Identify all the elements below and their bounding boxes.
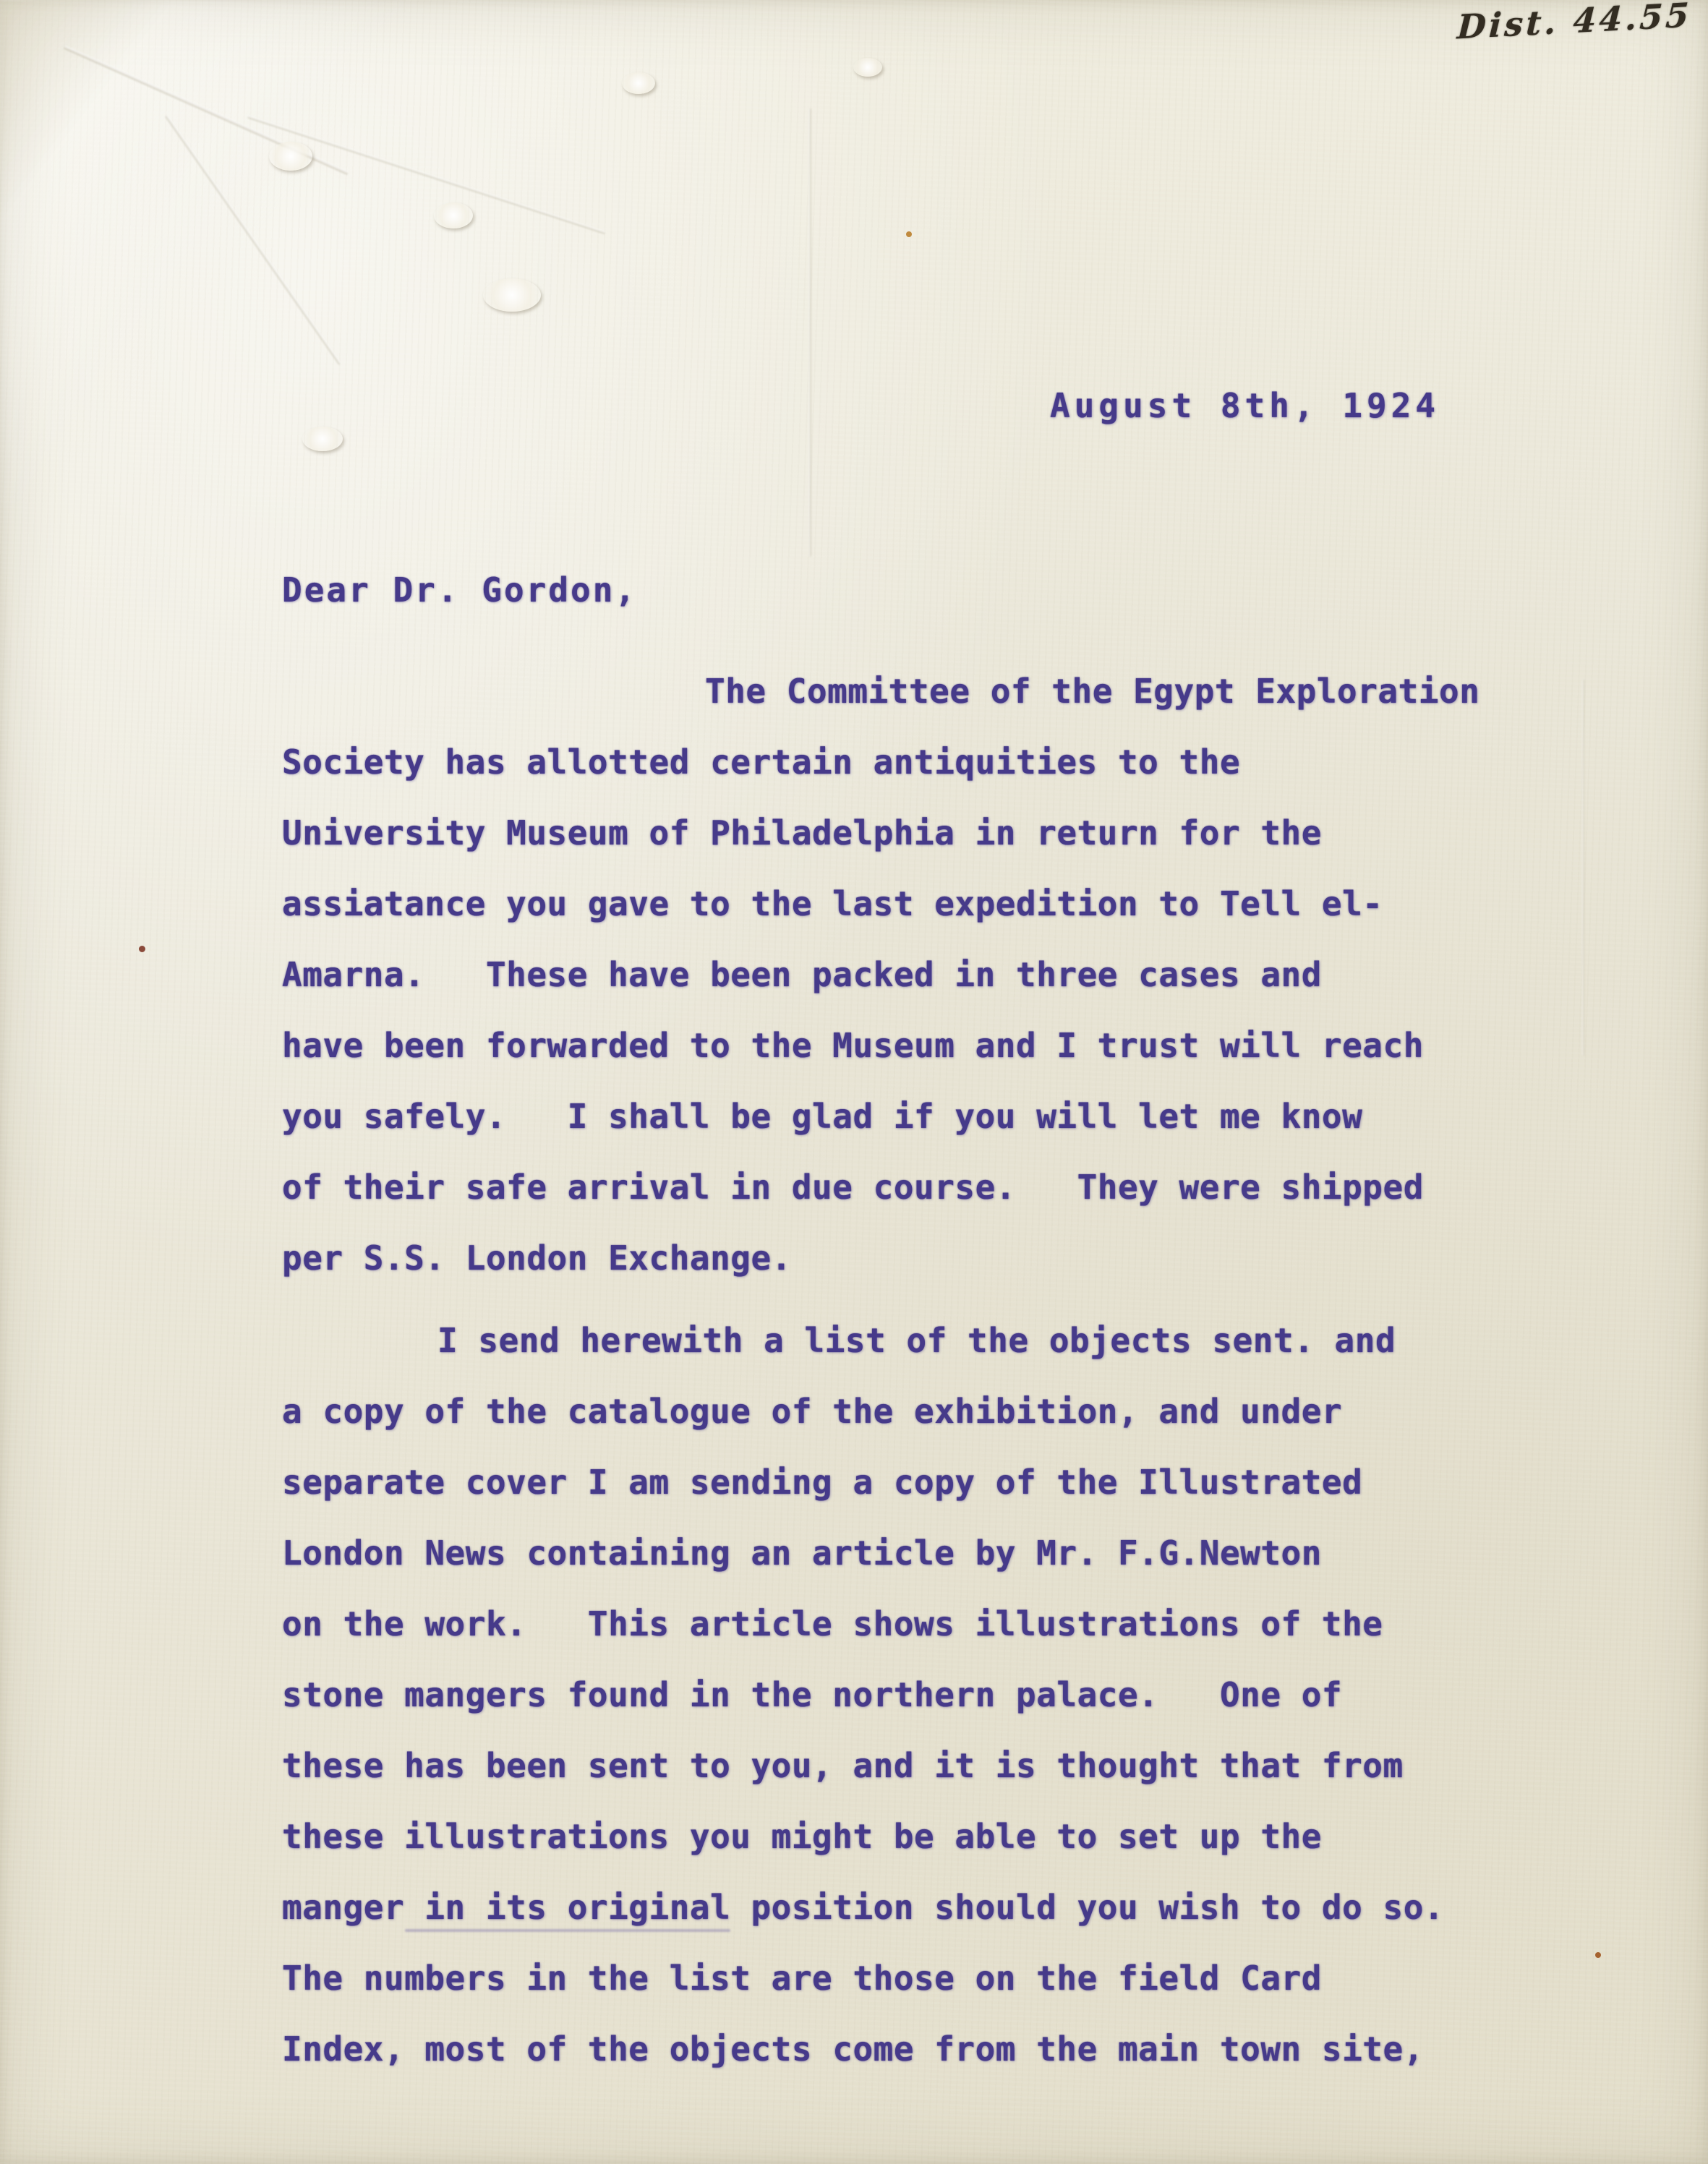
letter-line: per S.S. London Exchange. xyxy=(282,1223,1511,1293)
paper-tear-mark xyxy=(269,142,312,171)
paper-corner-fold xyxy=(0,0,405,506)
letter-line: London News containing an article by Mr.… xyxy=(282,1518,1511,1588)
letter-line: these illustrations you might be able to… xyxy=(282,1801,1511,1872)
letter-line: manger in its original position should y… xyxy=(282,1872,1511,1943)
paper-speck xyxy=(1595,1952,1601,1958)
letter-line: on the work. This article shows illustra… xyxy=(282,1588,1511,1659)
letter-line: The numbers in the list are those on the… xyxy=(282,1943,1511,2014)
paper-crease xyxy=(1582,680,1584,1056)
letter-line: separate cover I am sending a copy of th… xyxy=(282,1447,1511,1518)
letter-salutation: Dear Dr. Gordon, xyxy=(282,570,637,610)
letter-body: The Committee of the Egypt Exploration S… xyxy=(282,656,1511,2084)
letter-date: August 8th, 1924 xyxy=(1050,386,1440,425)
letter-line: University Museum of Philadelphia in ret… xyxy=(282,797,1511,868)
paper-speck xyxy=(139,946,145,952)
letter-line: these has been sent to you, and it is th… xyxy=(282,1730,1511,1801)
paper-tear-mark xyxy=(434,202,473,228)
paper-tear-mark xyxy=(483,278,541,312)
paper-tear-mark xyxy=(622,72,655,94)
letter-line: Index, most of the objects come from the… xyxy=(282,2014,1511,2084)
letter-line: a copy of the catalogue of the exhibitio… xyxy=(282,1376,1511,1447)
paper-crease xyxy=(808,108,811,557)
letter-line: assiatance you gave to the last expediti… xyxy=(282,868,1511,939)
letter-line: I send herewith a list of the objects se… xyxy=(282,1305,1511,1376)
letter-line: have been forwarded to the Museum and I … xyxy=(282,1010,1511,1081)
letter-line: you safely. I shall be glad if you will … xyxy=(282,1081,1511,1152)
paper-tear-mark xyxy=(853,58,882,77)
letter-line: stone mangers found in the northern pala… xyxy=(282,1659,1511,1730)
letter-line: of their safe arrival in due course. The… xyxy=(282,1152,1511,1223)
letter-line: Amarna. These have been packed in three … xyxy=(282,939,1511,1010)
letter-line: Society has allotted certain antiquities… xyxy=(282,727,1511,797)
paper-speck xyxy=(906,231,912,237)
paper-tear-mark xyxy=(302,427,343,451)
letter-line: The Committee of the Egypt Exploration xyxy=(282,656,1511,727)
